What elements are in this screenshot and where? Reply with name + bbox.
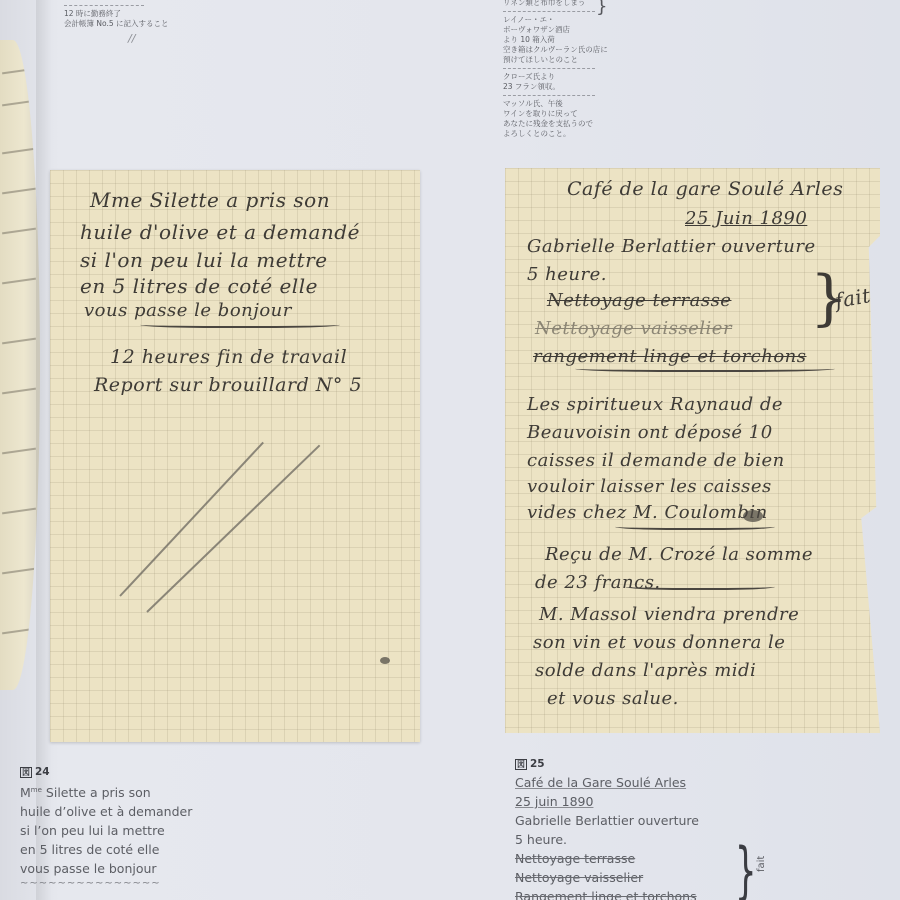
figure-label: 図25: [515, 758, 699, 770]
pencil-stroke: [146, 445, 320, 613]
handwriting-line: solde dans l'après midi: [535, 660, 756, 681]
caption-separator: ~~~~~~~~~~~~~~~: [20, 878, 192, 890]
figure-24-caption: 図24 Mme Silette a pris son huile d’olive…: [20, 766, 192, 890]
note-line: 23 フラン領収。: [503, 82, 608, 92]
caption-line: Gabrielle Berlattier ouverture: [515, 811, 699, 830]
left-top-notes: 12 時に勤務終了 会計帳簿 No.5 に記入すること: [64, 0, 169, 29]
handwriting-line: 5 heure.: [527, 264, 607, 285]
handwriting-line: Beauvoisin ont déposé 10: [527, 422, 773, 443]
caption-line: si l’on peu lui la mettre: [20, 821, 192, 840]
figure-kanji: 図: [515, 759, 527, 770]
caption-line: en 5 litres de coté elle: [20, 840, 192, 859]
ink-spot: [380, 657, 390, 664]
handwriting-line: vides chez M. Coulombin: [527, 502, 768, 523]
handwriting-line-struck: Nettoyage vaisselier: [535, 318, 732, 339]
handwriting-line: Reçu de M. Crozé la somme: [545, 544, 813, 565]
note-line: あなたに残金を支払うので: [503, 119, 608, 129]
handwriting-line: 12 heures fin de travail: [110, 346, 347, 368]
handwriting-line: M. Massol viendra prendre: [539, 604, 799, 625]
handwriting-fait: fait: [833, 283, 872, 313]
caption-line-underlined: Café de la Gare Soulé Arles: [515, 773, 699, 792]
caption-line: 5 heure.: [515, 830, 699, 849]
right-top-notes: リネン類と布巾をしまう レイノー・エ・ ボーヴォワザン酒店 より 10 箱入荷 …: [503, 0, 608, 139]
handwriting-line: Mme Silette a pris son: [90, 188, 330, 212]
caption-line-struck: Rangement linge et torchons: [515, 887, 699, 900]
handwriting-line: vouloir laisser les caisses: [527, 476, 772, 497]
caption-line: Mme Silette a pris son: [20, 781, 192, 802]
note-line: ボーヴォワザン酒店: [503, 25, 608, 35]
previous-page-curl: [0, 40, 40, 690]
note-line: リネン類と布巾をしまう: [503, 0, 608, 8]
note-line: 空き箱はクルヴーラン氏の店に: [503, 45, 608, 55]
wavy-separator: [625, 582, 775, 590]
caption-line-underlined: 25 juin 1890: [515, 792, 699, 811]
wavy-separator: [615, 522, 775, 530]
caption-fait-label: fait: [756, 856, 767, 872]
note-line: よろしくとのこと。: [503, 129, 608, 139]
note-line: レイノー・エ・: [503, 15, 608, 25]
ink-blot: [743, 510, 763, 522]
handwriting-line: si l'on peu lui la mettre: [80, 248, 328, 272]
note-line: 預けてほしいとのこと: [503, 55, 608, 65]
handwriting-line: en 5 litres de coté elle: [80, 274, 318, 298]
figure-25-document: Café de la gare Soulé Arles 25 Juin 1890…: [505, 168, 880, 733]
double-slash-mark: //: [128, 32, 135, 45]
figure-number: 25: [530, 758, 545, 770]
note-line: ワインを取りに戻って: [503, 109, 608, 119]
figure-kanji: 図: [20, 767, 32, 778]
caption-line-struck: Nettoyage vaisselier: [515, 868, 699, 887]
figure-label: 図24: [20, 766, 192, 778]
handwriting-line-struck: Nettoyage terrasse: [547, 290, 731, 311]
figure-number: 24: [35, 766, 50, 778]
wavy-separator: [140, 320, 340, 328]
caption-brace: }: [735, 840, 757, 900]
figure-24-document: Mme Silette a pris son huile d'olive et …: [50, 170, 420, 742]
figure-25-caption: 図25 Café de la Gare Soulé Arles 25 juin …: [515, 758, 699, 900]
caption-line: huile d’olive et à demander: [20, 802, 192, 821]
handwriting-date: 25 Juin 1890: [685, 208, 807, 229]
handwriting-line: son vin et vous donnera le: [533, 632, 785, 653]
handwriting-line: caisses il demande de bien: [527, 450, 785, 471]
caption-line: vous passe le bonjour: [20, 859, 192, 878]
note-line: 会計帳簿 No.5 に記入すること: [64, 19, 169, 29]
note-line: クローズ氏より: [503, 72, 608, 82]
book-spread: 12 時に勤務終了 会計帳簿 No.5 に記入すること // リネン類と布巾をし…: [0, 0, 900, 900]
handwriting-header: Café de la gare Soulé Arles: [567, 178, 843, 200]
brace-mark: }: [596, 0, 607, 14]
note-line: より 10 箱入荷: [503, 35, 608, 45]
note-line: 12 時に勤務終了: [64, 9, 169, 19]
handwriting-line: Report sur brouillard N° 5: [94, 374, 362, 396]
handwriting-line: et vous salue.: [547, 688, 679, 709]
caption-line-struck: Nettoyage terrasse: [515, 849, 699, 868]
handwriting-line: Gabrielle Berlattier ouverture: [527, 236, 816, 257]
handwriting-line: Les spiritueux Raynaud de: [527, 394, 783, 415]
note-line: マッソル氏、午後: [503, 99, 608, 109]
handwriting-line: vous passe le bonjour: [84, 300, 292, 321]
handwriting-line: huile d'olive et a demandé: [80, 220, 360, 244]
wavy-separator: [575, 364, 835, 372]
